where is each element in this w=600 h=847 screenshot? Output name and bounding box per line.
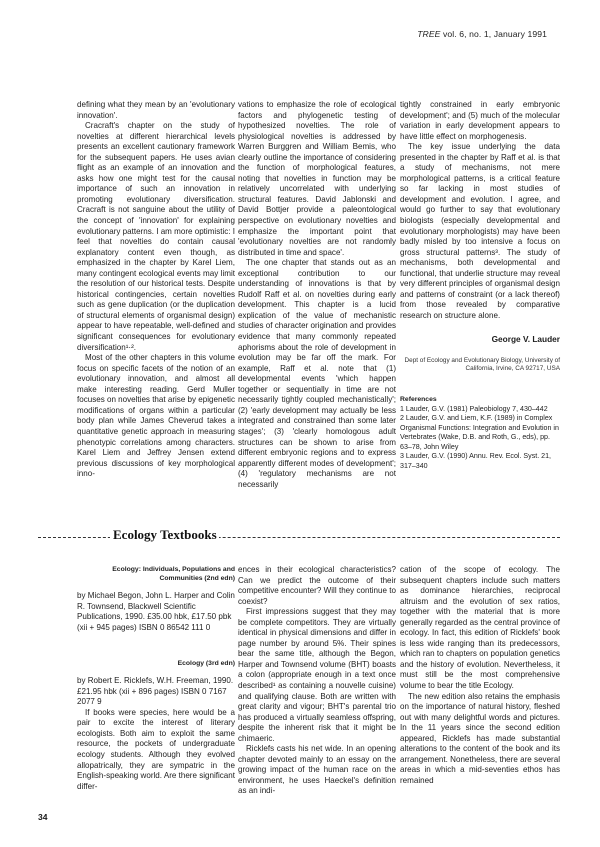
section-title: Ecology Textbooks	[110, 527, 219, 543]
reference-item: 2 Lauder, G.V. and Liem, K.F. (1989) in …	[400, 414, 560, 452]
paragraph: The key issue underlying the data presen…	[400, 142, 560, 321]
paragraph: Cracraft's chapter on the study of novel…	[77, 121, 235, 353]
paragraph: vations to emphasize the role of ecologi…	[238, 100, 396, 258]
page-number: 34	[38, 812, 47, 822]
paragraph: First impressions suggest that they may …	[238, 607, 396, 744]
paragraph: defining what they mean by an 'evolution…	[77, 100, 235, 121]
reference-item: 1 Lauder, G.V. (1981) Paleobiology 7, 43…	[400, 405, 560, 415]
review2-column-1: Ecology: Individuals, Populations and Co…	[77, 565, 235, 792]
author-signature: George V. Lauder	[400, 334, 560, 345]
journal-name: TREE	[417, 29, 440, 39]
review2-column-2: ences in their ecological characteristic…	[238, 565, 396, 797]
reference-item: 3 Lauder, G.V. (1990) Annu. Rev. Ecol. S…	[400, 452, 560, 471]
paragraph: tightly constrained in early embryonic d…	[400, 100, 560, 142]
review1-column-1: defining what they mean by an 'evolution…	[77, 100, 235, 480]
review1-column-2: vations to emphasize the role of ecologi…	[238, 100, 396, 490]
book-title-2: Ecology (3rd edn)	[77, 659, 235, 668]
paragraph: cation of the scope of ecology. The subs…	[400, 565, 560, 692]
review1-column-3: tightly constrained in early embryonic d…	[400, 100, 560, 471]
book-biblio-1: by Michael Begon, John L. Harper and Col…	[77, 591, 235, 633]
review2-column-3: cation of the scope of ecology. The subs…	[400, 565, 560, 786]
book-biblio-2: by Robert E. Ricklefs, W.H. Freeman, 199…	[77, 676, 235, 708]
references-heading: References	[400, 395, 560, 405]
issue-info: vol. 6, no. 1, January 1991	[443, 29, 547, 39]
paragraph: If books were species, here would be a p…	[77, 708, 235, 792]
running-head: TREE vol. 6, no. 1, January 1991	[417, 29, 547, 39]
paragraph: The one chapter that stands out as an ex…	[238, 258, 396, 490]
paragraph: Ricklefs casts his net wide. In an openi…	[238, 744, 396, 797]
references-list: References 1 Lauder, G.V. (1981) Paleobi…	[400, 395, 560, 471]
paragraph: ences in their ecological characteristic…	[238, 565, 396, 607]
book-title-1: Ecology: Individuals, Populations and Co…	[77, 565, 235, 583]
author-affiliation: Dept of Ecology and Evolutionary Biology…	[400, 357, 560, 373]
paragraph: The new edition also retains the emphasi…	[400, 692, 560, 787]
paragraph: Most of the other chapters in this volum…	[77, 353, 235, 480]
